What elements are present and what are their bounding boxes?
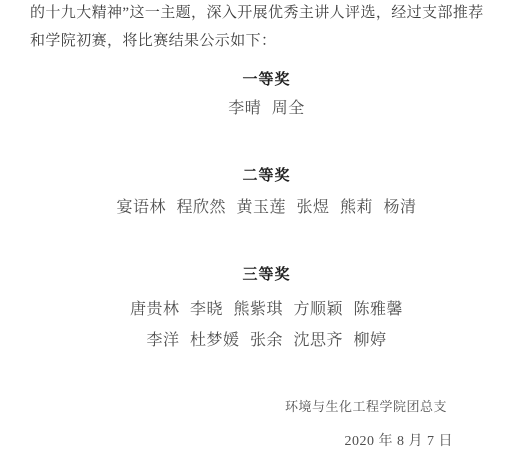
third-prize-names-line-2: 李洋 杜梦媛 张余 沈思齐 柳婷 — [20, 327, 513, 350]
signature-date: 2020 年 8 月 7 日 — [345, 430, 454, 450]
first-prize-names: 李晴 周全 — [20, 95, 513, 118]
signature-organization: 环境与生化工程学院团总支 — [285, 396, 447, 415]
second-prize-heading: 二等奖 — [20, 164, 513, 185]
intro-line-2: 和学院初赛，将比赛结果公示如下： — [30, 31, 490, 51]
second-prize-names: 宴语林 程欣然 黄玉莲 张煜 熊莉 杨清 — [20, 194, 513, 217]
intro-line-1: 的十九大精神”这一主题，深入开展优秀主讲人评选，经过支部推荐 — [30, 3, 490, 23]
first-prize-heading: 一等奖 — [20, 68, 513, 89]
third-prize-names-line-1: 唐贵林 李晓 熊紫琪 方顺颖 陈雅馨 — [20, 296, 513, 319]
third-prize-heading: 三等奖 — [20, 263, 513, 284]
award-announcement-document: 的十九大精神”这一主题，深入开展优秀主讲人评选，经过支部推荐 和学院初赛，将比赛… — [0, 0, 513, 458]
